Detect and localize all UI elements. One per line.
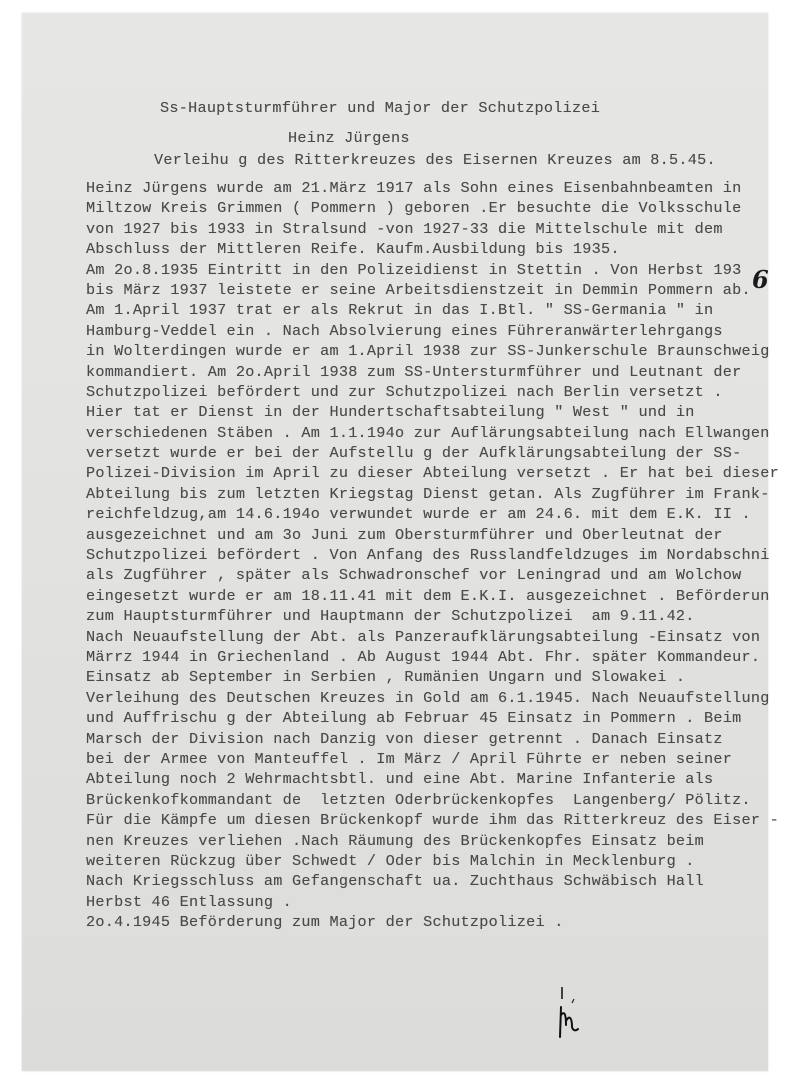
text-line: Abschluss der Mittleren Reife. Kaufm.Aus… [86, 239, 779, 259]
signature-icon [552, 985, 582, 1040]
text-line: 2o.4.1945 Beförderung zum Major der Schu… [86, 912, 779, 932]
text-line: versetzt wurde er bei der Aufstellu g de… [86, 443, 779, 463]
handwritten-correction: 6 [752, 265, 769, 294]
text-line: Hamburg-Veddel ein . Nach Absolvierung e… [86, 321, 779, 341]
text-line: kommandiert. Am 2o.April 1938 zum SS-Unt… [86, 362, 779, 382]
text-line: verschiedenen Stäben . Am 1.1.194o zur A… [86, 423, 779, 443]
text-line: Hier tat er Dienst in der Hundertschafts… [86, 402, 779, 422]
text-line: Schutzpolizei befördert . Von Anfang des… [86, 545, 779, 565]
text-line: zum Hauptsturmführer und Hauptmann der S… [86, 606, 779, 626]
text-line: Für die Kämpfe um diesen Brückenkopf wur… [86, 810, 779, 830]
text-line: reichfeldzug,am 14.6.194o verwundet wurd… [86, 504, 779, 524]
text-line: Brückenkofkommandant de letzten Oderbrüc… [86, 790, 779, 810]
text-line: weiteren Rückzug über Schwedt / Oder bis… [86, 851, 779, 871]
text-line: Herbst 46 Entlassung . [86, 892, 779, 912]
text-line: als Zugführer , später als Schwadronsche… [86, 565, 779, 585]
text-line: Polizei-Division im April zu dieser Abte… [86, 463, 779, 483]
text-line: ausgezeichnet und am 3o Juni zum Oberstu… [86, 525, 779, 545]
text-line: Märrz 1944 in Griechenland . Ab August 1… [86, 647, 779, 667]
text-line: Abteilung bis zum letzten Kriegstag Dien… [86, 484, 779, 504]
text-line: Am 2o.8.1935 Eintritt in den Polizeidien… [86, 260, 779, 280]
text-line: Verleihung des Deutschen Kreuzes in Gold… [86, 688, 779, 708]
text-line: und Auffrischu g der Abteilung ab Februa… [86, 708, 779, 728]
text-line: Nach Neuaufstellung der Abt. als Panzera… [86, 627, 779, 647]
text-line: Nach Kriegsschluss am Gefangenschaft ua.… [86, 871, 779, 891]
header-award-line: Verleihu g des Ritterkreuzes des Eiserne… [154, 150, 716, 170]
text-line: Marsch der Division nach Danzig von dies… [86, 729, 779, 749]
text-line: Schutzpolizei befördert und zur Schutzpo… [86, 382, 779, 402]
text-line: eingesetzt wurde er am 18.11.41 mit dem … [86, 586, 779, 606]
text-line: Heinz Jürgens wurde am 21.März 1917 als … [86, 178, 779, 198]
text-line: bis März 1937 leistete er seine Arbeitsd… [86, 280, 779, 300]
text-line: in Wolterdingen wurde er am 1.April 1938… [86, 341, 779, 361]
biography-text: Heinz Jürgens wurde am 21.März 1917 als … [86, 178, 779, 932]
text-line: bei der Armee von Manteuffel . Im März /… [86, 749, 779, 769]
header-name: Heinz Jürgens [288, 128, 410, 148]
text-line: Abteilung noch 2 Wehrmachtsbtl. und eine… [86, 769, 779, 789]
text-line: nen Kreuzes verliehen .Nach Räumung des … [86, 831, 779, 851]
text-line: von 1927 bis 1933 in Stralsund -von 1927… [86, 219, 779, 239]
text-line: Miltzow Kreis Grimmen ( Pommern ) gebore… [86, 198, 779, 218]
text-line: Am 1.April 1937 trat er als Rekrut in da… [86, 300, 779, 320]
header-rank-line: Ss-Hauptsturmführer und Major der Schutz… [160, 98, 600, 118]
text-line: Einsatz ab September in Serbien , Rumäni… [86, 667, 779, 687]
